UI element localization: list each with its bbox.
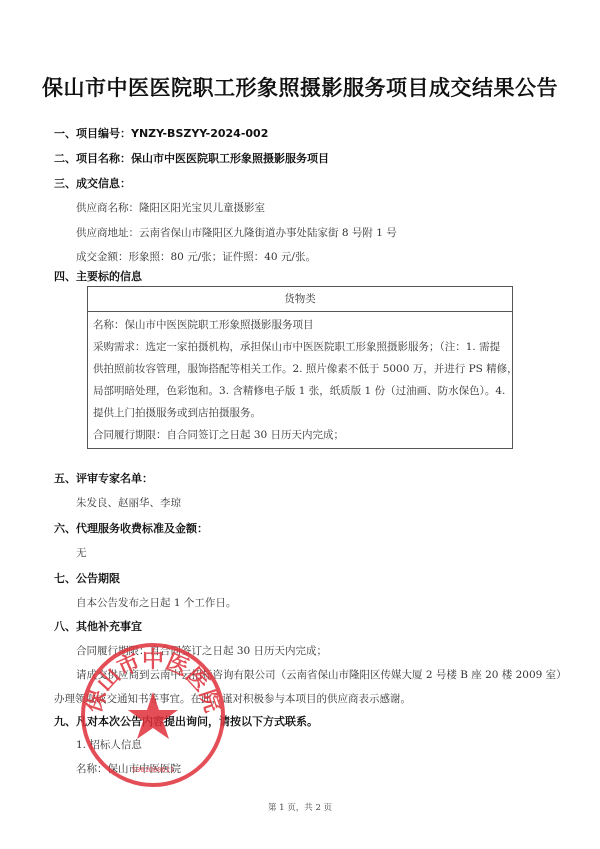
section-project-name: 二、项目名称：保山市中医医院职工形象照摄影服务项目 bbox=[54, 150, 329, 166]
document-page: 保山市中医医院职工形象照摄影服务项目成交结果公告 一、项目编号：YNZY-BSZ… bbox=[0, 0, 600, 849]
section-other-matters-heading: 八、其他补充事宜 bbox=[54, 618, 142, 634]
section-experts-heading: 五、评审专家名单： bbox=[54, 470, 153, 486]
section-contact-heading: 九、凡对本次公告内容提出询问，请按以下方式联系。 bbox=[54, 713, 318, 729]
subject-info-table: 货物类 名称：保山市中医医院职工形象照摄影服务项目 采购需求：选定一家拍摄机构，… bbox=[87, 286, 513, 449]
page-number: 第 1 页，共 2 页 bbox=[0, 801, 600, 813]
supplier-name: 供应商名称：隆阳区阳光宝贝儿童摄影室 bbox=[76, 200, 265, 215]
collection-instruction-cont: 办理领取成交通知书等事宜。在此，谨对积极参与本项目的供应商表示感谢。 bbox=[54, 691, 411, 706]
document-title: 保山市中医医院职工形象照摄影服务项目成交结果公告 bbox=[0, 72, 600, 102]
table-line: 提供上门拍摄服务或到店拍摄服务。 bbox=[93, 402, 507, 424]
collection-instruction: 请成交供应商到云南中云招标咨询有限公司（云南省保山市隆阳区传媒大厦 2 号楼 B… bbox=[76, 667, 567, 682]
section-notice-period-heading: 七、公告期限 bbox=[54, 570, 120, 586]
table-line: 名称：保山市中医医院职工形象照摄影服务项目 bbox=[93, 314, 507, 336]
table-line: 采购需求：选定一家拍摄机构，承担保山市中医医院职工形象照摄影服务；（注：1. 需… bbox=[93, 336, 507, 358]
table-line: 供拍照前妆容管理，服饰搭配等相关工作。2. 照片像素不低于 5000 万，并进行… bbox=[93, 358, 507, 380]
supplier-address: 供应商地址：云南省保山市隆阳区九隆街道办事处陆家街 8 号附 1 号 bbox=[76, 225, 397, 240]
agency-fee: 无 bbox=[76, 545, 87, 560]
table-body: 名称：保山市中医医院职工形象照摄影服务项目 采购需求：选定一家拍摄机构，承担保山… bbox=[88, 312, 512, 448]
table-header: 货物类 bbox=[88, 287, 512, 312]
section-project-number: 一、项目编号：YNZY-BSZYY-2024-002 bbox=[54, 125, 268, 141]
table-line: 局部明暗处理，色彩饱和。3. 含精修电子版 1 张，纸质版 1 份（过油画、防水… bbox=[93, 380, 507, 402]
section-deal-info-heading: 三、成交信息： bbox=[54, 175, 131, 191]
deal-amount: 成交金额：形象照：80 元/张；证件照：40 元/张。 bbox=[76, 249, 316, 264]
table-line: 合同履行期限：自合同签订之日起 30 日历天内完成； bbox=[93, 424, 507, 446]
tenderer-name: 名称：保山市中医医院 bbox=[76, 761, 181, 776]
section-agency-fee-heading: 六、代理服务收费标准及金额： bbox=[54, 520, 208, 536]
section-main-subject-heading: 四、主要标的信息 bbox=[54, 268, 142, 284]
tenderer-info-label: 1. 招标人信息 bbox=[76, 737, 142, 752]
notice-period: 自本公告发布之日起 1 个工作日。 bbox=[76, 595, 236, 610]
experts-list: 朱发良、赵丽华、李琼 bbox=[76, 495, 181, 510]
contract-period: 合同履行期限：自合同签订之日起 30 日历天内完成； bbox=[76, 643, 327, 658]
